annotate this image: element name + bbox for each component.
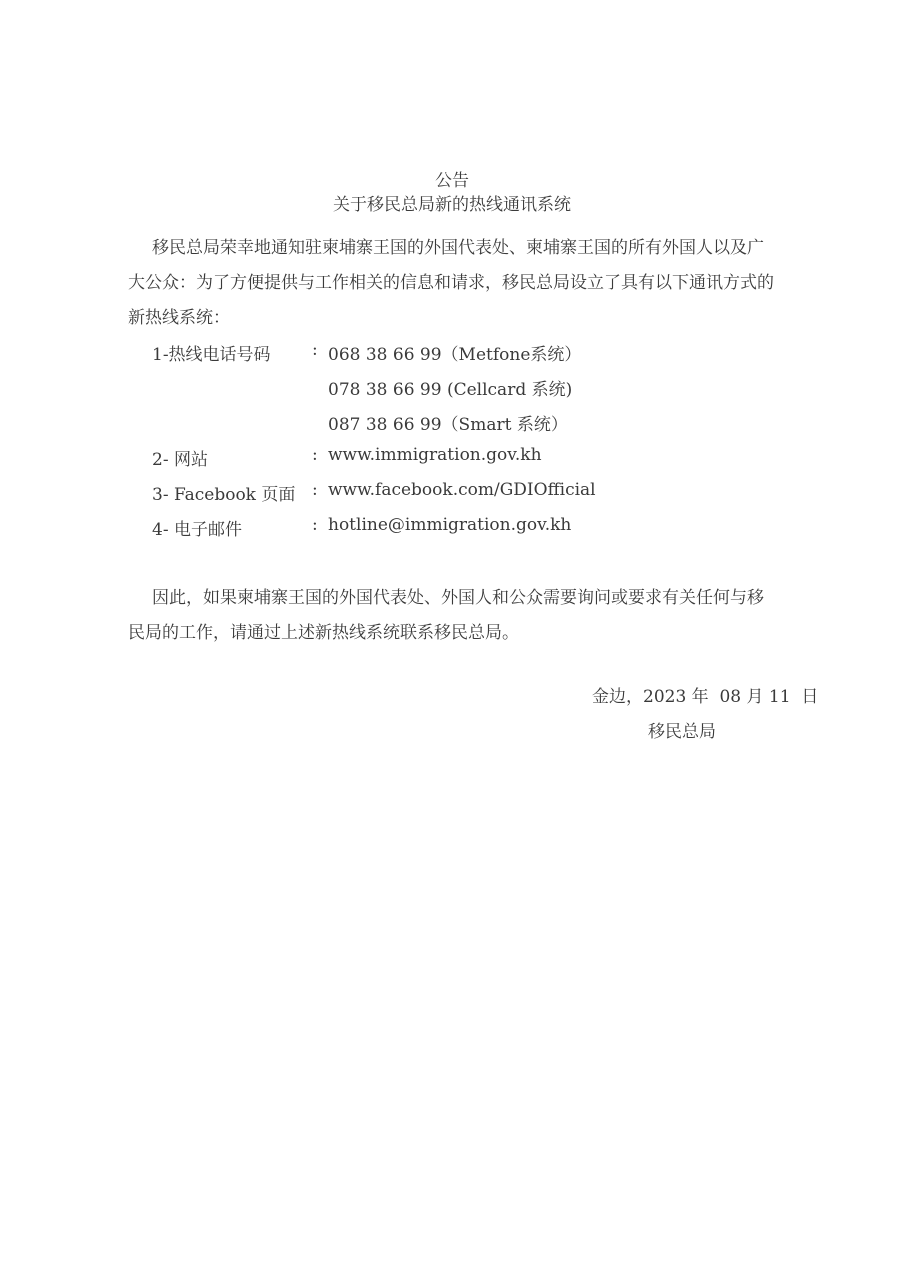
closing-line-2: 民局的工作，请通过上述新热线系统联系移民总局。 <box>128 618 519 643</box>
closing-line-1: 因此，如果柬埔寨王国的外国代表处、外国人和公众需要询问或要求有关任何与移 <box>152 583 764 608</box>
document-title: 关于移民总局新的热线通讯系统 <box>0 190 904 215</box>
intro-line-3: 新热线系统： <box>128 303 230 328</box>
email-link[interactable]: hotline@immigration.gov.kh <box>328 515 571 535</box>
website-link[interactable]: www.immigration.gov.kh <box>328 445 542 465</box>
hotline-metfone: 068 38 66 99（Metfone系统） <box>328 340 581 365</box>
intro-line-1: 移民总局荣幸地通知驻柬埔寨王国的外国代表处、柬埔寨王国的所有外国人以及广 <box>152 233 764 258</box>
facebook-link[interactable]: www.facebook.com/GDIOfficial <box>328 480 596 500</box>
date-line: 金边，2023 年 08 月 11 日 <box>592 682 818 707</box>
document-heading: 公告 <box>0 166 904 191</box>
contact-label-website: 2- 网站 <box>152 445 208 470</box>
contact-colon: : <box>312 445 318 465</box>
contact-label-email: 4- 电子邮件 <box>152 515 242 540</box>
intro-line-2: 大公众：为了方便提供与工作相关的信息和请求，移民总局设立了具有以下通讯方式的 <box>128 268 774 293</box>
signature: 移民总局 <box>648 717 716 742</box>
contact-label-facebook: 3- Facebook 页面 <box>152 480 295 505</box>
contact-colon: : <box>312 340 318 360</box>
hotline-cellcard: 078 38 66 99 (Cellcard 系统) <box>328 375 572 400</box>
contact-label-hotline: 1-热线电话号码 <box>152 340 271 365</box>
contact-colon: : <box>312 515 318 535</box>
contact-colon: : <box>312 480 318 500</box>
hotline-smart: 087 38 66 99（Smart 系统） <box>328 410 568 435</box>
